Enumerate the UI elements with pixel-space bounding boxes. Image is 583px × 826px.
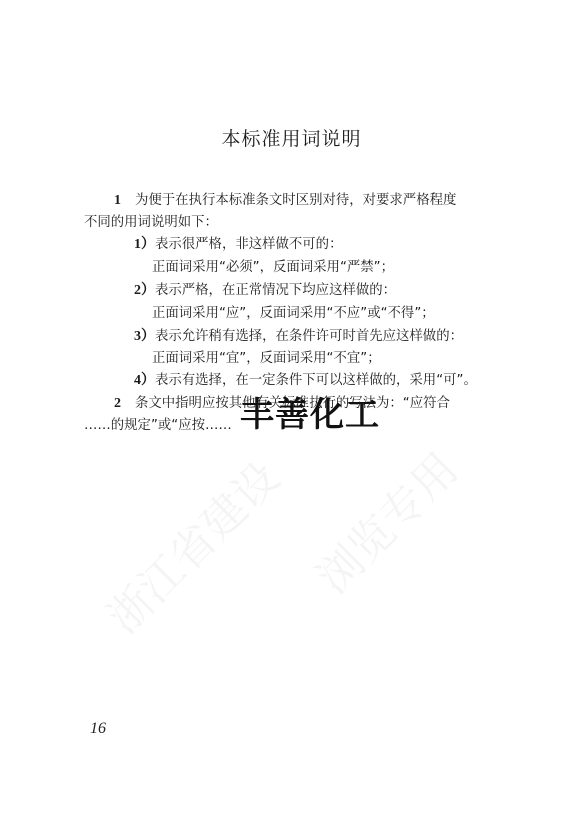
sub-item-1-detail: 正面词采用“必须”，反面词采用“严禁”； <box>152 261 394 274</box>
sub-item-3-detail: 正面词采用“宜”，反面词采用“不宜”； <box>152 352 381 365</box>
stamp-overlay: 丰善化工 <box>240 398 380 432</box>
watermark-left: 浙江省建设 <box>90 444 291 645</box>
clause-2-line-2: ……的规定”或“应按…… <box>84 419 232 432</box>
document-page: 浙江省建设 浏览专用 本标准用词说明 1为便于在执行本标准条文时区别对待，对要求… <box>0 0 583 826</box>
clause-1-line-1: 1为便于在执行本标准条文时区别对待，对要求严格程度 <box>114 194 456 208</box>
watermark-right: 浏览专用 <box>300 436 470 606</box>
sub-item-number: 2） <box>134 283 155 298</box>
sub-item-text: 表示严格，在正常情况下均应这样做的： <box>155 283 396 298</box>
sub-item-1: 1）表示很严格，非这样做不可的： <box>134 238 342 252</box>
clause-text: ……的规定”或“应按…… <box>84 418 232 433</box>
clause-number: 1 <box>114 193 121 208</box>
sub-item-2-detail: 正面词采用“应”，反面词采用“不应”或“不得”； <box>152 307 435 320</box>
sub-item-text: 表示允许稍有选择，在条件许可时首先应这样做的： <box>155 329 463 344</box>
sub-item-number: 1） <box>134 237 155 252</box>
clause-1-line-2: 不同的用词说明如下： <box>84 216 218 229</box>
sub-item-number: 3） <box>134 329 155 344</box>
sub-item-text: 表示有选择，在一定条件下可以这样做的，采用“可”。 <box>155 373 477 388</box>
sub-item-4: 4）表示有选择，在一定条件下可以这样做的，采用“可”。 <box>134 374 477 388</box>
clause-text: 为便于在执行本标准条文时区别对待，对要求严格程度 <box>135 193 456 208</box>
sub-item-2: 2）表示严格，在正常情况下均应这样做的： <box>134 284 396 298</box>
clause-text: 不同的用词说明如下： <box>84 215 218 230</box>
page-title: 本标准用词说明 <box>0 124 583 151</box>
sub-item-detail-text: 正面词采用“应”，反面词采用“不应”或“不得”； <box>152 306 435 321</box>
sub-item-number: 4） <box>134 373 155 388</box>
sub-item-detail-text: 正面词采用“必须”，反面词采用“严禁”； <box>152 260 394 275</box>
sub-item-text: 表示很严格，非这样做不可的： <box>155 237 342 252</box>
sub-item-3: 3）表示允许稍有选择，在条件许可时首先应这样做的： <box>134 330 463 344</box>
sub-item-detail-text: 正面词采用“宜”，反面词采用“不宜”； <box>152 351 381 366</box>
page-number: 16 <box>90 720 106 738</box>
clause-number: 2 <box>114 396 121 411</box>
